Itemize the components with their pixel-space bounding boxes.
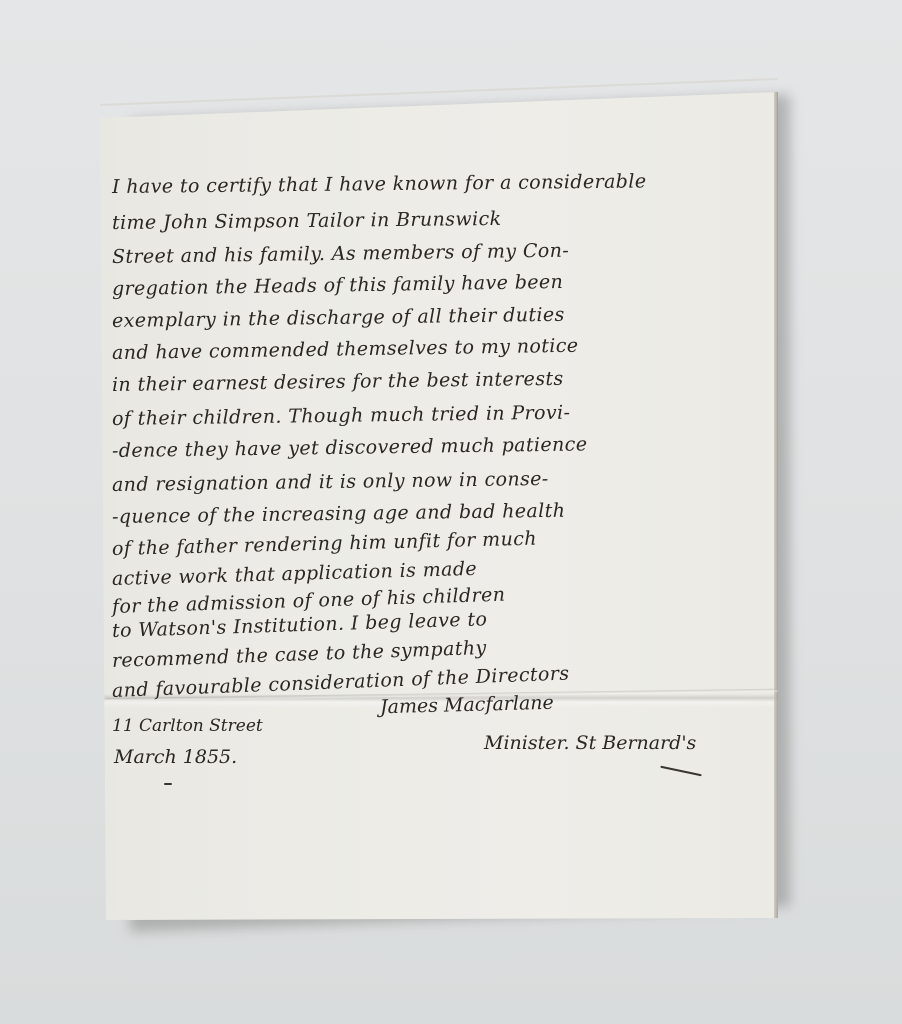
photograph: I have to certify that I have known for … — [0, 0, 902, 1024]
paper-right-edge — [774, 92, 778, 918]
signature-title: Minister. St Bernard's — [484, 732, 696, 754]
signature-name: James Macfarlane — [380, 692, 554, 719]
letter-line: time John Simpson Tailor in Brunswick — [112, 208, 502, 234]
sender-address: 11 Carlton Street — [112, 716, 263, 736]
letter-date: March 1855. — [114, 746, 237, 768]
underline-stroke — [164, 783, 172, 785]
